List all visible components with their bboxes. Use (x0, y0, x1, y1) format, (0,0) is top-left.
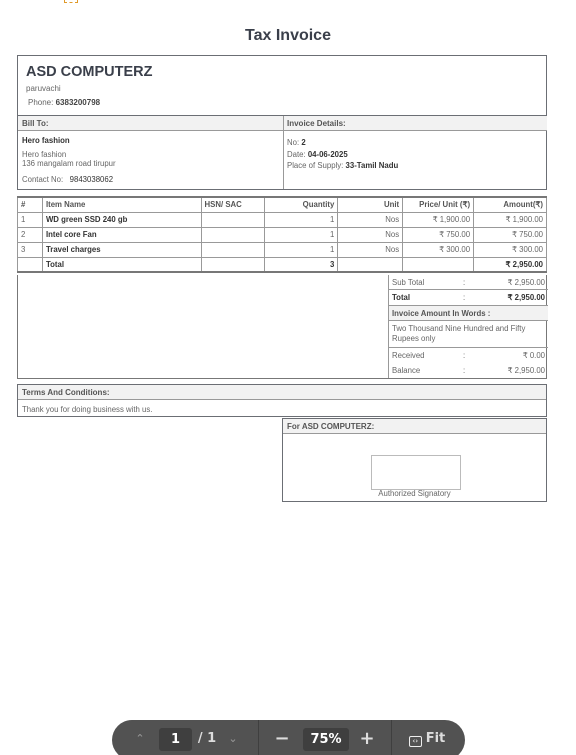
col-header-quantity: Quantity (265, 197, 338, 212)
summary-section: Sub Total : ₹ 2,950.00 Total : ₹ 2,950.0… (17, 275, 547, 379)
row-item-name: Intel core Fan (42, 227, 201, 242)
col-header-hsn: HSN/ SAC (201, 197, 265, 212)
previous-page-button[interactable]: ⌃ (130, 728, 150, 750)
terms-text: Thank you for doing business with us. (22, 405, 152, 414)
row-item-name: WD green SSD 240 gb (42, 212, 201, 227)
total-pages: / 1 (195, 728, 219, 750)
chevron-down-icon: ⌄ (228, 732, 237, 745)
row-hsn (201, 227, 265, 242)
total-quantity: 3 (265, 257, 338, 272)
chevron-up-icon: ⌃ (135, 732, 144, 745)
total-price-cell (403, 257, 474, 272)
zoom-out-button[interactable]: − (272, 728, 292, 750)
invoice-no-value: 2 (301, 138, 305, 147)
col-header-index: # (18, 197, 43, 212)
invoice-no-label: No: (287, 138, 299, 147)
page-number-input[interactable]: 1 (159, 728, 192, 751)
table-total-row: Total 3 ₹ 2,950.00 (18, 257, 547, 272)
row-index: 2 (18, 227, 43, 242)
customer-contact: Contact No: 9843038062 (22, 175, 113, 184)
signatory-header: For ASD COMPUTERZ: (283, 419, 546, 434)
zoom-in-button[interactable]: + (357, 728, 377, 750)
place-label: Place of Supply: (287, 161, 343, 170)
row-amount: ₹ 750.00 (474, 227, 547, 242)
total-label: Total (42, 257, 201, 272)
zoom-level[interactable]: 75% (303, 728, 349, 751)
total-unit-cell (338, 257, 403, 272)
toolbar-divider (258, 720, 259, 755)
fit-label: Fit (426, 731, 446, 746)
col-header-price: Price/ Unit (₹) (403, 197, 474, 212)
balance-row: Balance : ₹ 2,950.00 (389, 363, 548, 378)
terms-section: Terms And Conditions: Thank you for doin… (17, 384, 547, 417)
row-index: 1 (18, 212, 43, 227)
col-header-unit: Unit (338, 197, 403, 212)
separator: : (463, 348, 465, 363)
fit-button[interactable]: ‹›Fit (405, 728, 449, 750)
row-price: ₹ 1,900.00 (403, 212, 474, 227)
sub-total-row: Sub Total : ₹ 2,950.00 (389, 275, 548, 290)
summary-total-label: Total (392, 290, 410, 306)
balance-value: ₹ 2,950.00 (508, 363, 545, 378)
row-amount: ₹ 1,900.00 (474, 212, 547, 227)
row-item-name: Travel charges (42, 242, 201, 257)
received-row: Received : ₹ 0.00 (389, 348, 548, 363)
amount-summary-panel: Sub Total : ₹ 2,950.00 Total : ₹ 2,950.0… (388, 275, 548, 378)
col-header-item-name: Item Name (42, 197, 201, 212)
received-label: Received (392, 348, 425, 363)
separator: : (463, 275, 465, 290)
company-address: paruvachi (26, 84, 61, 93)
invoice-date-value: 04-06-2025 (308, 150, 348, 159)
minus-icon: − (274, 728, 289, 749)
col-header-amount: Amount(₹) (474, 197, 547, 212)
invoice-no: No: 2 (287, 138, 306, 147)
selection-marker (64, 0, 78, 3)
place-value: 33-Tamil Nadu (346, 161, 399, 170)
received-value: ₹ 0.00 (523, 348, 545, 363)
table-header-row: # Item Name HSN/ SAC Quantity Unit Price… (18, 197, 547, 212)
row-quantity: 1 (265, 212, 338, 227)
balance-label: Balance (392, 363, 420, 378)
billing-section: Bill To: Invoice Details: Hero fashion H… (17, 116, 547, 190)
toolbar-divider (391, 720, 392, 755)
row-quantity: 1 (265, 227, 338, 242)
contact-value: 9843038062 (70, 175, 113, 184)
items-table: # Item Name HSN/ SAC Quantity Unit Price… (17, 196, 547, 273)
pdf-viewer-toolbar: ⌃ 1 / 1 ⌄ − 75% + ‹›Fit (112, 720, 465, 755)
separator: : (463, 363, 465, 378)
table-row: 1 WD green SSD 240 gb 1 Nos ₹ 1,900.00 ₹… (18, 212, 547, 227)
signatory-section: For ASD COMPUTERZ: Authorized Signatory (282, 418, 547, 502)
row-quantity: 1 (265, 242, 338, 257)
plus-icon: + (359, 728, 374, 749)
table-row: 3 Travel charges 1 Nos ₹ 300.00 ₹ 300.00 (18, 242, 547, 257)
bill-to-header: Bill To: (18, 116, 283, 131)
summary-total-value: ₹ 2,950.00 (508, 290, 545, 306)
customer-line2: 136 mangalam road tirupur (22, 159, 116, 168)
total-hsn-cell (201, 257, 265, 272)
fit-width-icon: ‹› (409, 736, 422, 747)
sub-total-value: ₹ 2,950.00 (508, 275, 545, 290)
row-unit: Nos (338, 242, 403, 257)
invoice-details-header: Invoice Details: (283, 116, 547, 131)
amount-in-words: Two Thousand Nine Hundred and Fifty Rupe… (389, 321, 548, 348)
total-amount: ₹ 2,950.00 (474, 257, 547, 272)
table-row: 2 Intel core Fan 1 Nos ₹ 750.00 ₹ 750.00 (18, 227, 547, 242)
row-price: ₹ 300.00 (403, 242, 474, 257)
row-unit: Nos (338, 227, 403, 242)
customer-line1: Hero fashion (22, 150, 66, 159)
sub-total-label: Sub Total (392, 275, 424, 290)
signature-box (371, 455, 461, 490)
row-index: 3 (18, 242, 43, 257)
terms-header: Terms And Conditions: (18, 385, 546, 400)
phone-value: 6383200798 (56, 98, 101, 107)
company-name: ASD COMPUTERZ (26, 64, 152, 80)
row-amount: ₹ 300.00 (474, 242, 547, 257)
amount-in-words-header: Invoice Amount In Words : (389, 306, 548, 321)
signatory-label: Authorized Signatory (283, 489, 546, 498)
total-index-cell (18, 257, 43, 272)
row-price: ₹ 750.00 (403, 227, 474, 242)
total-row: Total : ₹ 2,950.00 (389, 290, 548, 306)
company-phone: Phone: 6383200798 (28, 98, 100, 107)
row-unit: Nos (338, 212, 403, 227)
words-header-label: Invoice Amount In Words : (392, 306, 490, 321)
contact-label: Contact No: (22, 175, 63, 184)
column-divider (283, 116, 284, 189)
row-hsn (201, 242, 265, 257)
company-header: ASD COMPUTERZ paruvachi Phone: 638320079… (17, 55, 547, 116)
separator: : (463, 290, 465, 306)
place-of-supply: Place of Supply: 33-Tamil Nadu (287, 161, 398, 170)
phone-label: Phone: (28, 98, 53, 107)
document-title: Tax Invoice (0, 27, 576, 45)
invoice-date: Date: 04-06-2025 (287, 150, 348, 159)
invoice-date-label: Date: (287, 150, 306, 159)
next-page-button[interactable]: ⌄ (223, 728, 243, 750)
customer-name: Hero fashion (22, 136, 70, 145)
row-hsn (201, 212, 265, 227)
